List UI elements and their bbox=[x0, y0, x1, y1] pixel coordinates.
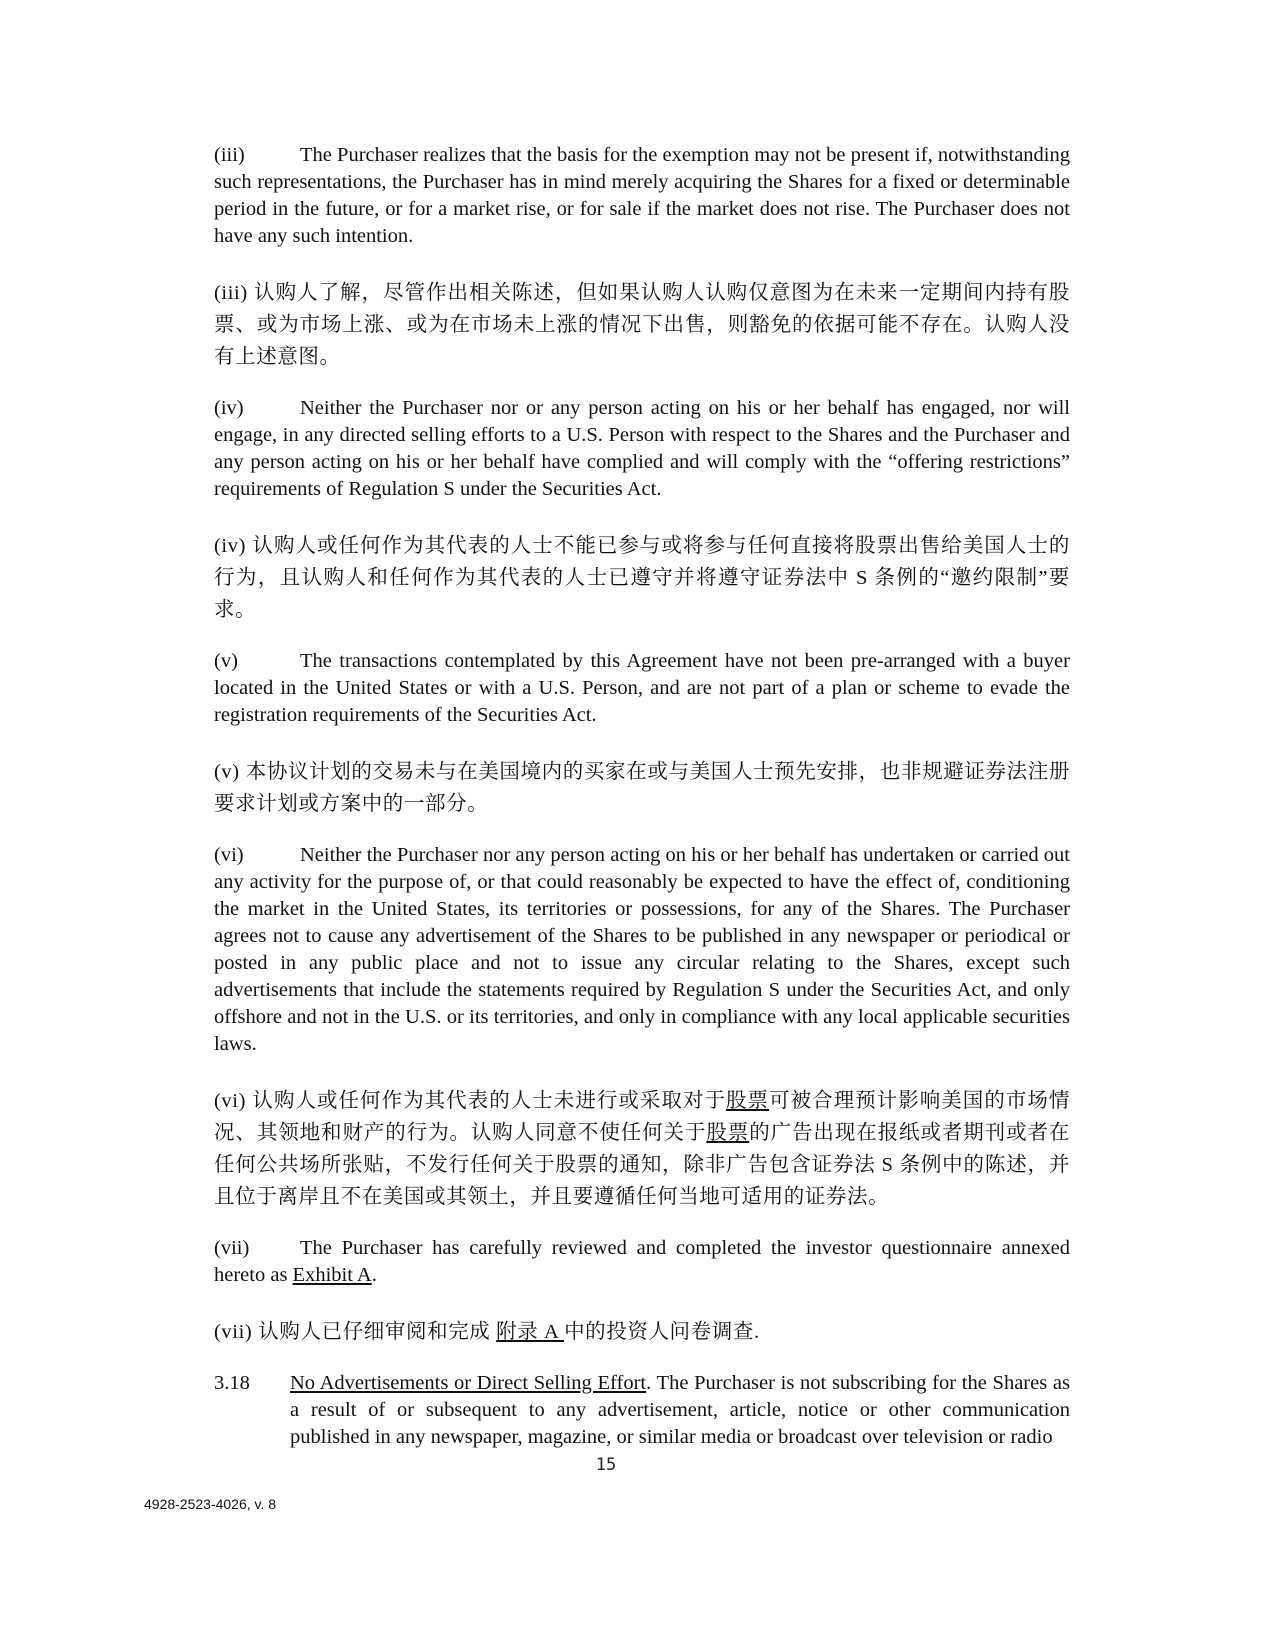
paragraph-iii-en: (iii)The Purchaser realizes that the bas… bbox=[214, 142, 1070, 250]
punctuation: . bbox=[372, 1264, 377, 1286]
paragraph-vi-en: (vi)Neither the Purchaser nor any person… bbox=[214, 842, 1070, 1058]
paragraph-vii-cn: (vii)认购人已仔细审阅和完成 附录 A 中的投资人问卷调查. bbox=[214, 1316, 1070, 1348]
underlined-term-shares: 股票 bbox=[726, 1090, 769, 1112]
item-number: (v) bbox=[214, 648, 300, 675]
section-body: No Advertisements or Direct Selling Effo… bbox=[251, 1370, 1070, 1451]
paragraph-vii-en: (vii)The Purchaser has carefully reviewe… bbox=[214, 1235, 1070, 1289]
item-number: (iv) bbox=[214, 530, 246, 562]
paragraph-v-cn: (v)本协议计划的交易未与在美国境内的买家在或与美国人士预先安排，也非规避证券法… bbox=[214, 756, 1070, 820]
paragraph-iv-en: (iv)Neither the Purchaser nor or any per… bbox=[214, 395, 1070, 503]
paragraph-text: 认购人或任何作为其代表的人士未进行或采取对于 bbox=[252, 1090, 726, 1112]
item-number: (vii) bbox=[214, 1316, 252, 1348]
paragraph-iii-cn: (iii)认购人了解，尽管作出相关陈述，但如果认购人认购仅意图为在未来一定期间内… bbox=[214, 277, 1070, 373]
paragraph-vi-cn: (vi)认购人或任何作为其代表的人士未进行或采取对于股票可被合理预计影响美国的市… bbox=[214, 1085, 1070, 1213]
paragraph-text: 认购人或任何作为其代表的人士不能已参与或将参与任何直接将股票出售给美国人士的行为… bbox=[214, 535, 1070, 621]
paragraph-text: Neither the Purchaser nor any person act… bbox=[214, 844, 1070, 1055]
item-number: (vi) bbox=[214, 842, 300, 869]
item-number: (iii) bbox=[214, 277, 248, 309]
item-number: (iii) bbox=[214, 142, 300, 169]
paragraph-text: 本协议计划的交易未与在美国境内的买家在或与美国人士预先安排，也非规避证券法注册要… bbox=[214, 761, 1070, 815]
underlined-term-shares: 股票 bbox=[706, 1122, 749, 1144]
item-number: (iv) bbox=[214, 395, 300, 422]
paragraph-v-en: (v)The transactions contemplated by this… bbox=[214, 648, 1070, 729]
section-3-18: 3.18 No Advertisements or Direct Selling… bbox=[214, 1370, 1070, 1451]
paragraph-text: 认购人了解，尽管作出相关陈述，但如果认购人认购仅意图为在未来一定期间内持有股票、… bbox=[214, 282, 1070, 368]
paragraph-iv-cn: (iv)认购人或任何作为其代表的人士不能已参与或将参与任何直接将股票出售给美国人… bbox=[214, 530, 1070, 626]
exhibit-a-reference: Exhibit A bbox=[293, 1264, 372, 1286]
item-number: (v) bbox=[214, 756, 240, 788]
document-page: (iii)The Purchaser realizes that the bas… bbox=[214, 142, 1070, 1451]
paragraph-text: The transactions contemplated by this Ag… bbox=[214, 650, 1070, 726]
page-number: 15 bbox=[0, 1455, 1212, 1475]
exhibit-a-reference-cn: 附录 A bbox=[496, 1321, 564, 1343]
item-number: (vii) bbox=[214, 1235, 300, 1262]
document-id: 4928-2523-4026, v. 8 bbox=[144, 1496, 276, 1512]
paragraph-text: 中的投资人问卷调查. bbox=[564, 1321, 760, 1343]
item-number: (vi) bbox=[214, 1085, 246, 1117]
paragraph-text: The Purchaser realizes that the basis fo… bbox=[214, 144, 1070, 247]
section-heading: No Advertisements or Direct Selling Effo… bbox=[290, 1372, 646, 1394]
paragraph-text: 认购人已仔细审阅和完成 bbox=[258, 1321, 496, 1343]
section-number: 3.18 bbox=[214, 1370, 250, 1397]
paragraph-text: Neither the Purchaser nor or any person … bbox=[214, 397, 1070, 500]
